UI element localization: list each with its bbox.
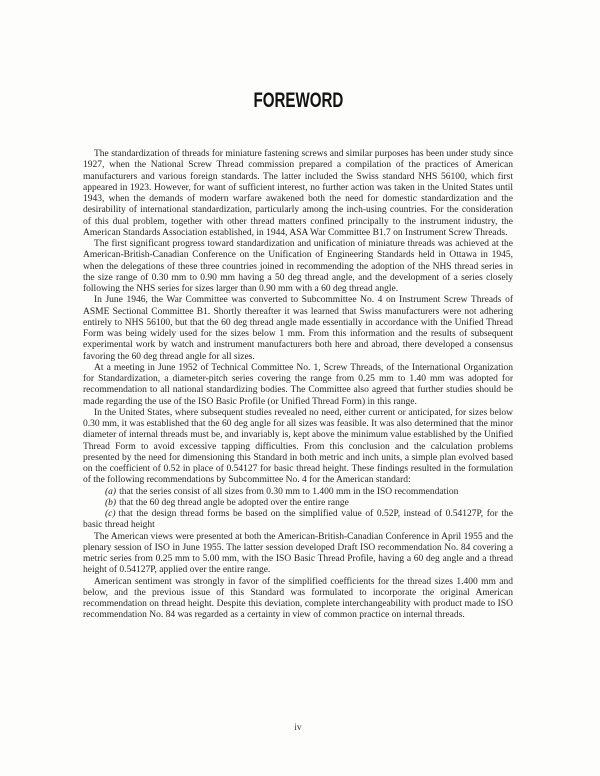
list-item-marker: (a) — [105, 487, 116, 497]
paragraph: The first significant progress toward st… — [83, 239, 513, 295]
list-item-marker: (b) — [105, 498, 116, 508]
page-title: FOREWORD — [253, 90, 343, 112]
paragraph: American sentiment was strongly in favor… — [83, 577, 513, 622]
paragraph: In June 1946, the War Committee was conv… — [83, 295, 513, 363]
paragraph: The standardization of threads for minia… — [83, 149, 513, 239]
list-item-text: that the 60 deg thread angle be adopted … — [119, 498, 349, 508]
list-item: (b)that the 60 deg thread angle be adopt… — [83, 498, 513, 509]
list-item: (c)that the design thread forms be based… — [83, 509, 513, 532]
foreword-body: The standardization of threads for minia… — [83, 149, 513, 622]
page-number: iv — [83, 723, 513, 733]
list-item-marker: (c) — [105, 509, 116, 519]
paragraph: At a meeting in June 1952 of Technical C… — [83, 363, 513, 408]
list-item-text: that the series consist of all sizes fro… — [119, 487, 458, 497]
paragraph: In the United States, where subsequent s… — [83, 408, 513, 487]
document-page: FOREWORD The standardization of threads … — [0, 0, 600, 776]
page-header: FOREWORD — [83, 90, 513, 112]
list-item-text: that the design thread forms be based on… — [83, 509, 513, 530]
list-item: (a)that the series consist of all sizes … — [83, 487, 513, 498]
paragraph: The American views were presented at bot… — [83, 532, 513, 577]
